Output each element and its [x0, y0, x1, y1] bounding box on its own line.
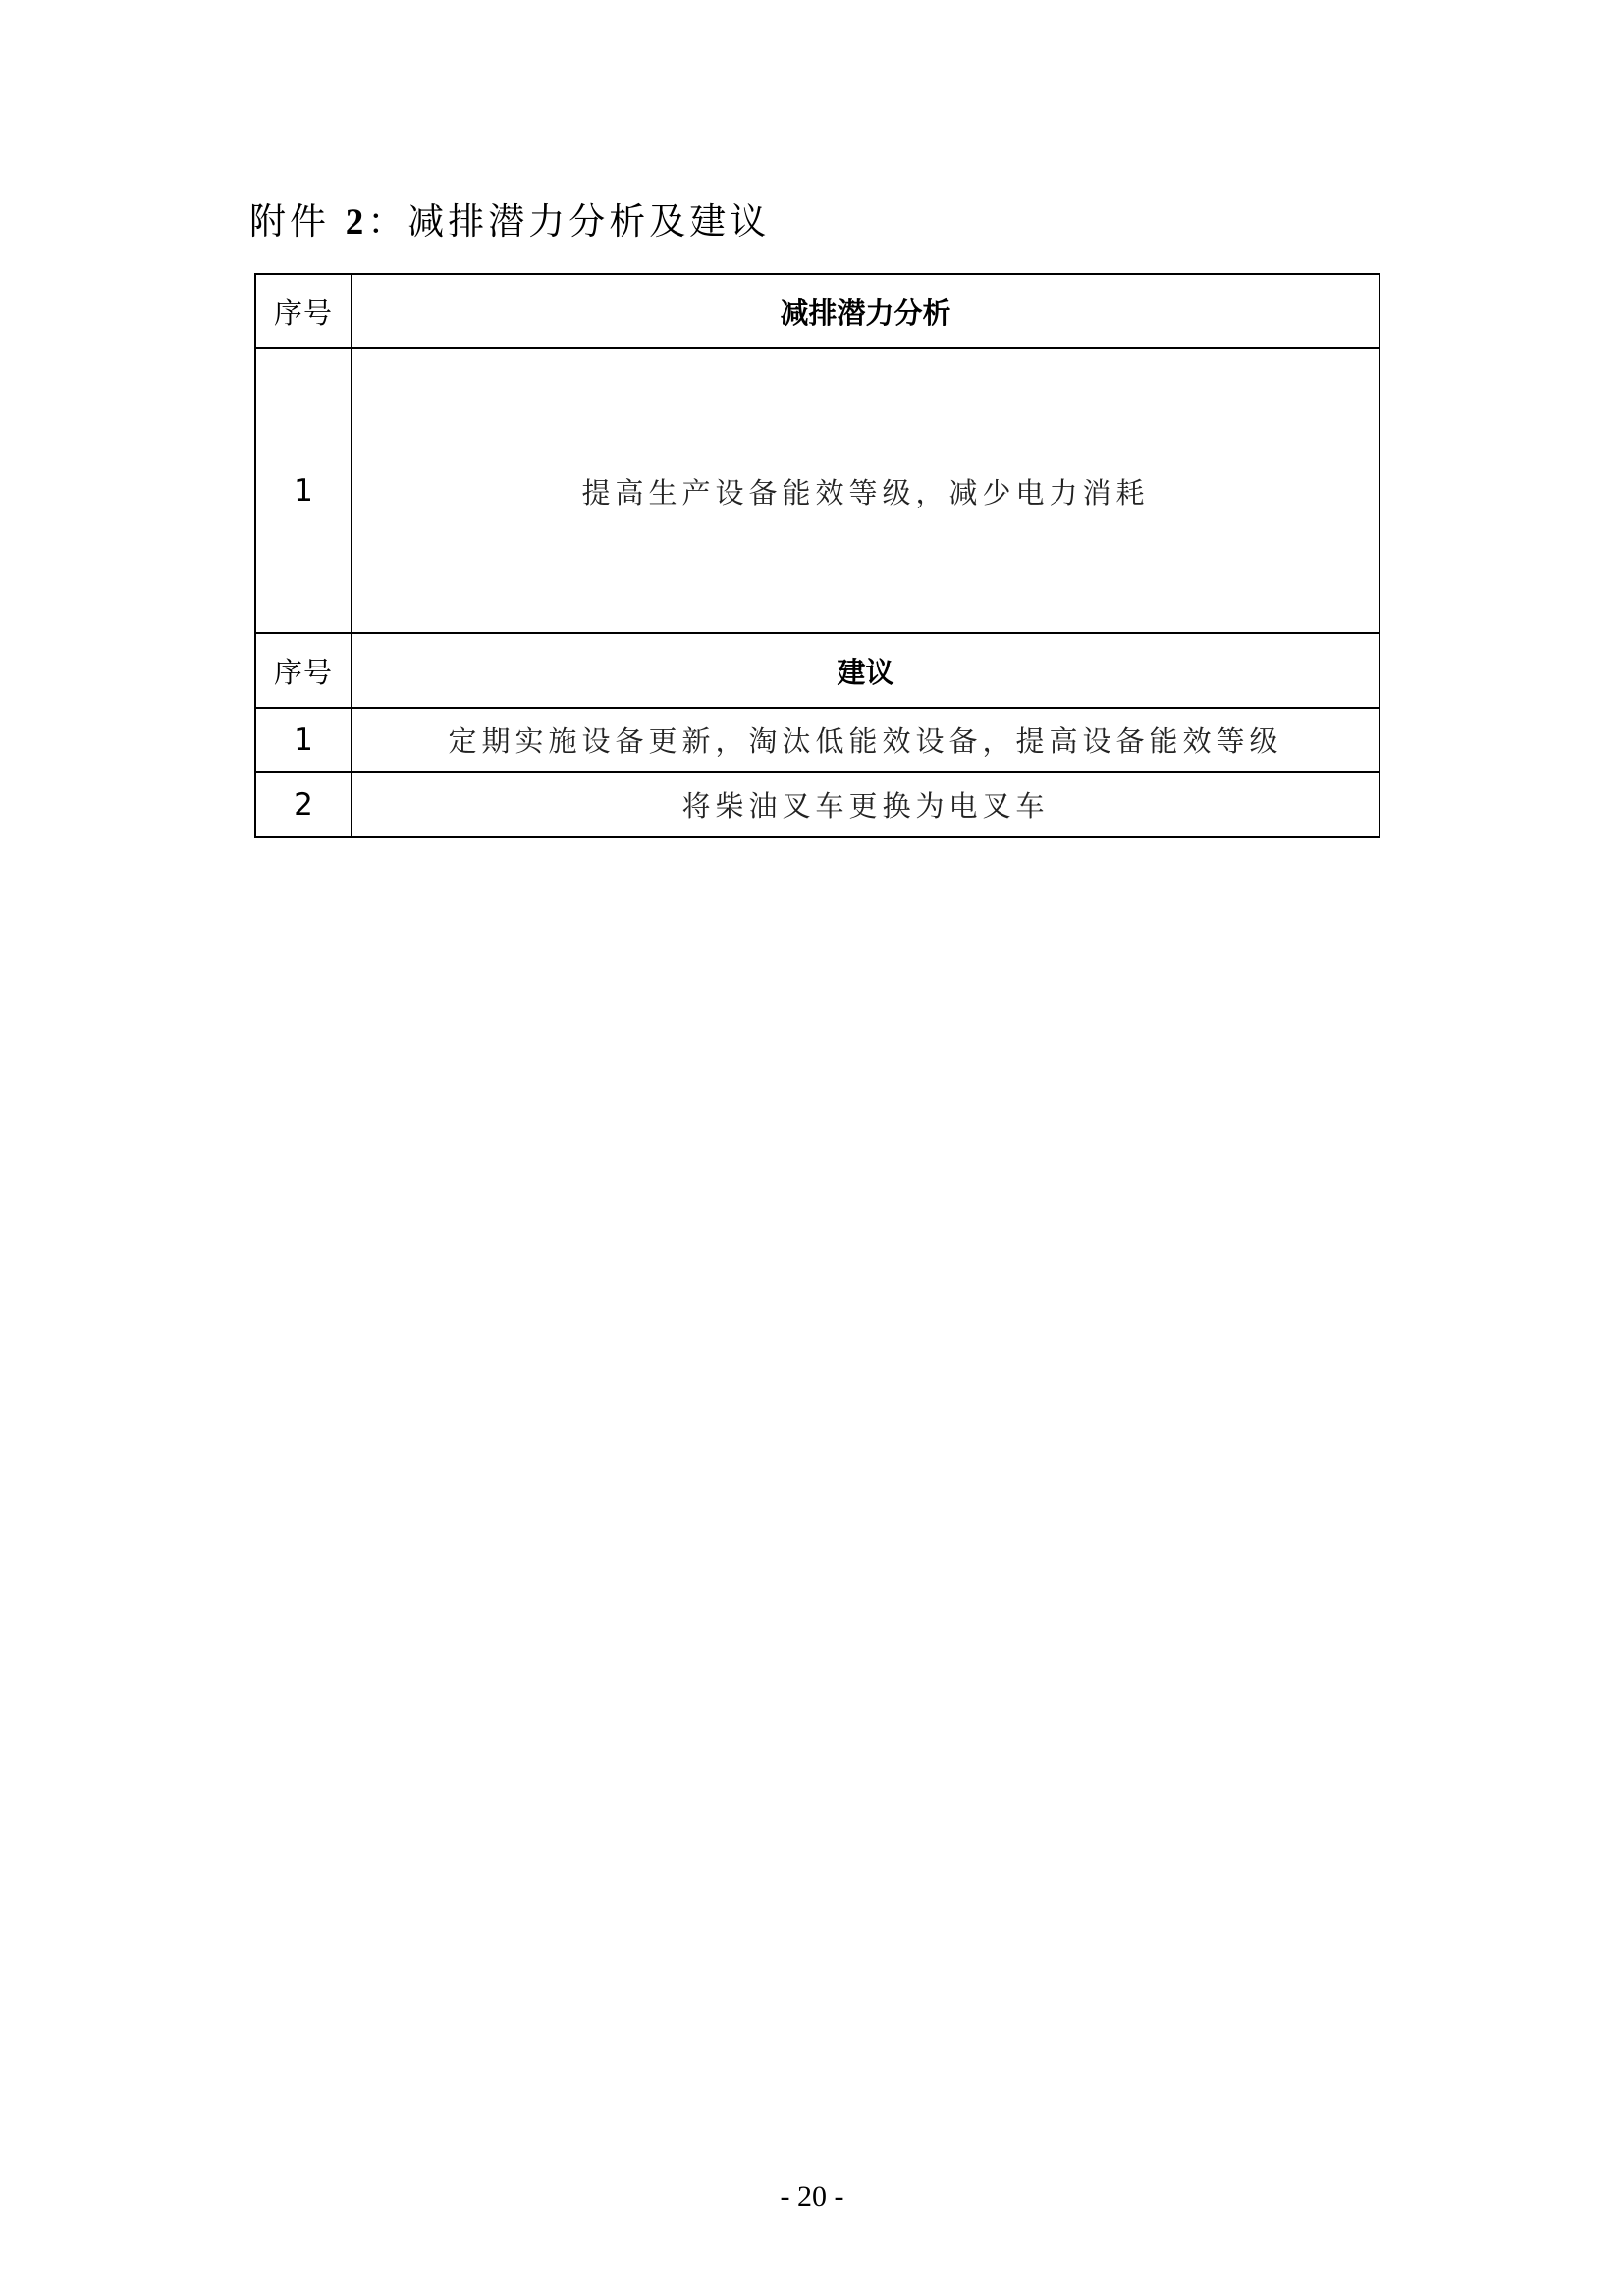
- suggestion-row-index: 2: [255, 772, 352, 837]
- analysis-index-header: 序号: [255, 274, 352, 348]
- title-prefix: 附件: [249, 200, 330, 242]
- title-separator: ：: [367, 200, 407, 242]
- suggestion-row-text: 将柴油叉车更换为电叉车: [352, 772, 1380, 837]
- suggestion-row: 2 将柴油叉车更换为电叉车: [255, 772, 1380, 837]
- suggestion-header-row: 序号 建议: [255, 633, 1380, 708]
- analysis-header: 减排潜力分析: [352, 274, 1380, 348]
- analysis-row-text: 提高生产设备能效等级，减少电力消耗: [352, 348, 1380, 633]
- title-number: 2: [346, 202, 368, 242]
- suggestion-row: 1 定期实施设备更新，淘汰低能效设备，提高设备能效等级: [255, 708, 1380, 772]
- title-text: 减排潜力分析及建议: [407, 200, 770, 242]
- analysis-header-row: 序号 减排潜力分析: [255, 274, 1380, 348]
- page-number: - 20 -: [0, 2180, 1624, 2214]
- analysis-row-index: 1: [255, 348, 352, 633]
- page-title: 附件 2：减排潜力分析及建议: [249, 192, 770, 252]
- suggestion-row-index: 1: [255, 708, 352, 772]
- suggestion-row-text: 定期实施设备更新，淘汰低能效设备，提高设备能效等级: [352, 708, 1380, 772]
- reduction-potential-table: 序号 减排潜力分析 1 提高生产设备能效等级，减少电力消耗 序号 建议 1 定期…: [254, 273, 1380, 838]
- analysis-row: 1 提高生产设备能效等级，减少电力消耗: [255, 348, 1380, 633]
- suggestion-header: 建议: [352, 633, 1380, 708]
- suggestion-index-header: 序号: [255, 633, 352, 708]
